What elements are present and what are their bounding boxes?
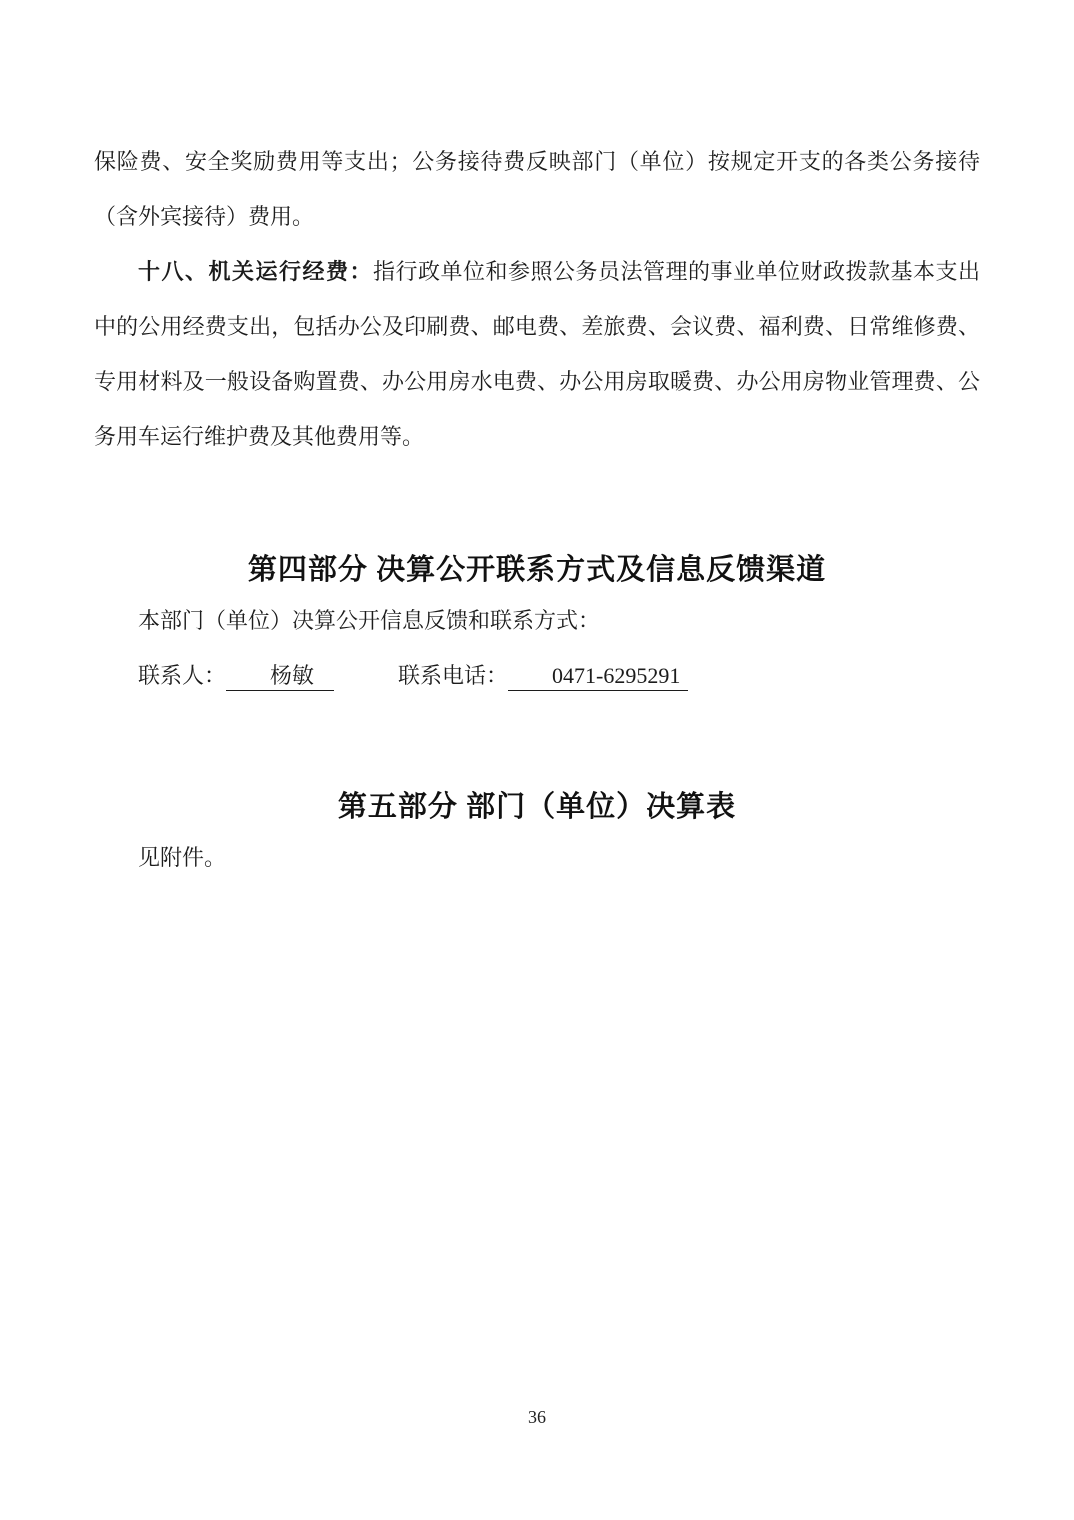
paragraph-reception-fees: 保险费、安全奖励费用等支出；公务接待费反映部门（单位）按规定开支的各类公务接待（… — [94, 0, 980, 244]
contact-phone-label: 联系电话： — [398, 663, 508, 688]
contact-details-line: 联系人：杨敏联系电话：0471-6295291 — [94, 648, 980, 703]
section-five-heading: 第五部分 部门（单位）决算表 — [94, 785, 980, 830]
paragraph-operating-expenses: 十八、机关运行经费：指行政单位和参照公务员法管理的事业单位财政拨款基本支出中的公… — [94, 244, 980, 464]
page-number: 36 — [0, 1405, 1074, 1430]
contact-person-label: 联系人： — [138, 663, 226, 688]
attachment-note: 见附件。 — [94, 830, 980, 885]
contact-phone-number: 0471-6295291 — [508, 662, 688, 691]
contact-person-name: 杨敏 — [226, 662, 334, 691]
term-body-text: 指行政单位和参照公务员法管理的事业单位财政拨款基本支出中的公用经费支出，包括办公… — [94, 259, 980, 449]
section-four-heading: 第四部分 决算公开联系方式及信息反馈渠道 — [94, 548, 980, 593]
term-lead-text: 十八、机关运行经费： — [138, 259, 373, 284]
document-page: 保险费、安全奖励费用等支出；公务接待费反映部门（单位）按规定开支的各类公务接待（… — [0, 0, 1074, 1520]
contact-intro-line: 本部门（单位）决算公开信息反馈和联系方式： — [94, 593, 980, 648]
